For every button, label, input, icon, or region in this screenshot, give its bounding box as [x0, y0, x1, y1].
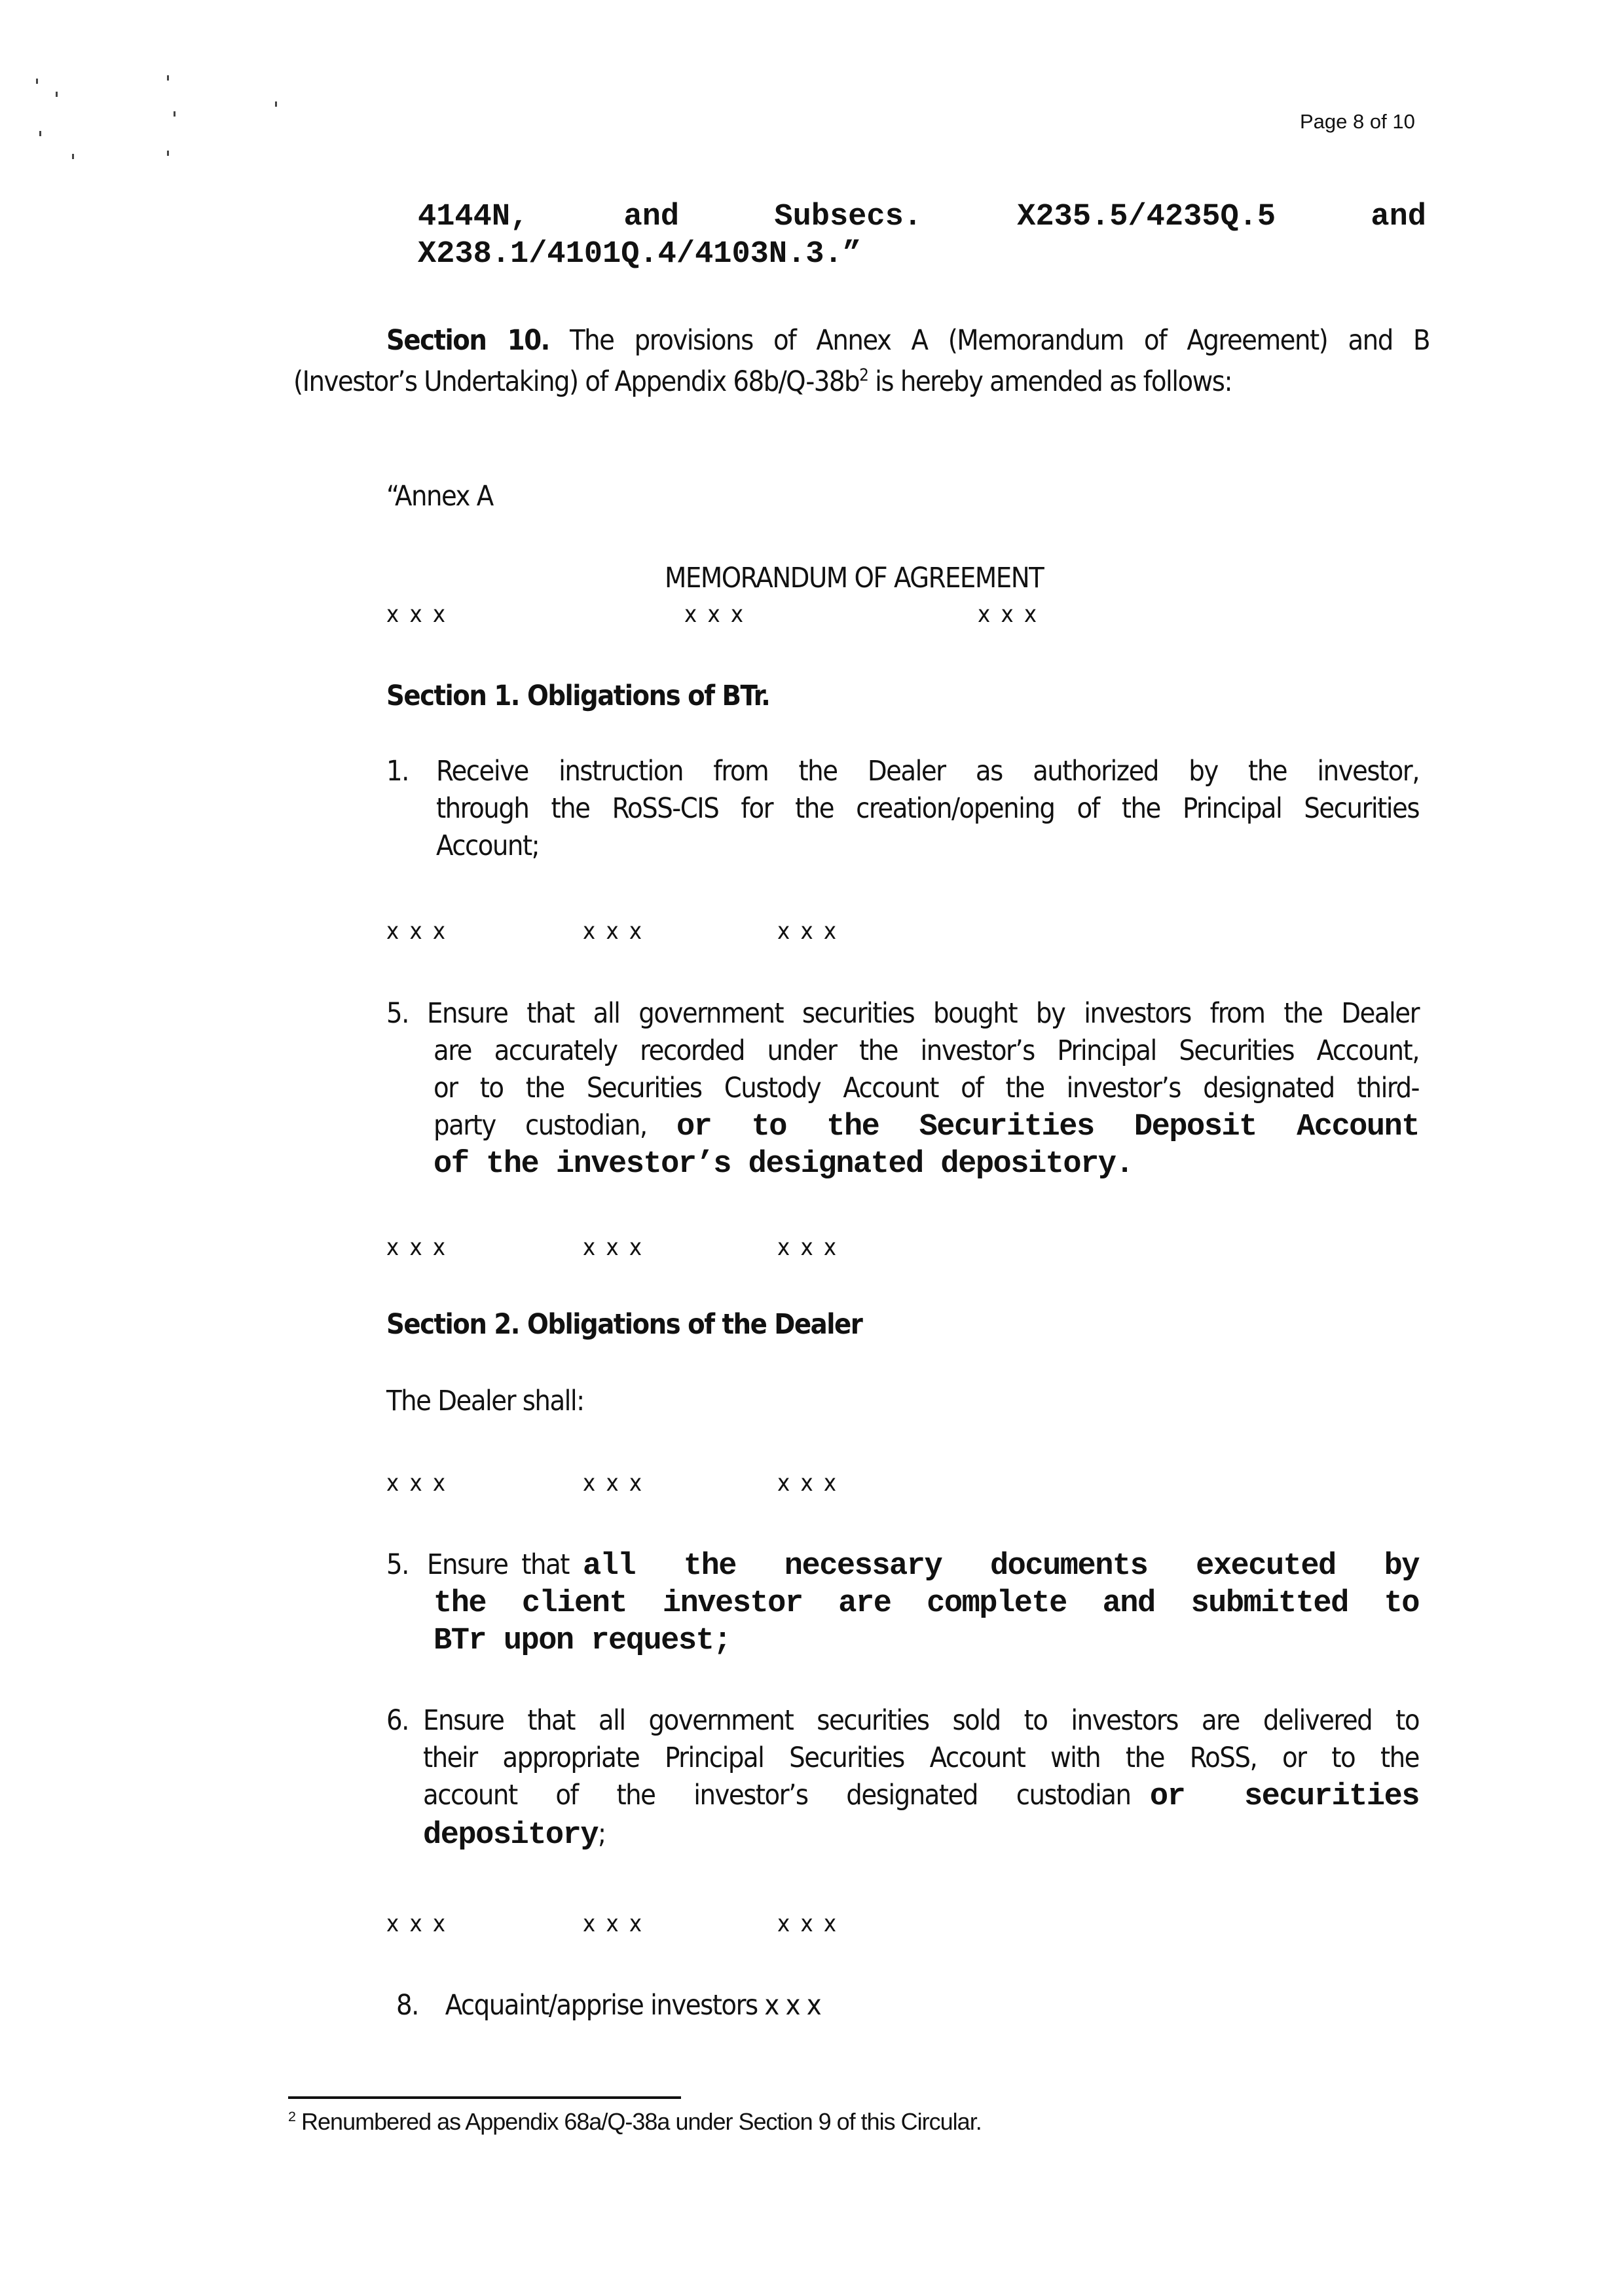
item-number: 8.	[396, 1989, 418, 2022]
continuation-line-1: 4144N, and Subsecs. X235.5/4235Q.5 and	[418, 200, 1426, 234]
continuation-token: and	[1371, 200, 1426, 234]
item-number: 5.	[386, 995, 409, 1032]
continuation-line-2: X238.1/4101Q.4/4103N.3.”	[418, 237, 861, 272]
section-2-item-6: 6. Ensure that all government securities…	[386, 1702, 1419, 1854]
item-number: 6.	[386, 1702, 409, 1740]
continuation-token: 4144N,	[418, 200, 528, 234]
footnote-reference[interactable]: 2	[859, 366, 868, 386]
section-1-item-5: 5. Ensure that all government securities…	[386, 995, 1419, 1183]
section-1-item-1: 1. Receive instruction from the Dealer a…	[386, 753, 1419, 865]
section-10-label: Section 10.	[386, 324, 549, 357]
amended-text: or to the Securities Deposit Account	[676, 1110, 1419, 1144]
amended-text: or securities	[1150, 1779, 1419, 1814]
footnote-marker: 2	[288, 2108, 295, 2124]
amended-text: depository	[423, 1818, 598, 1853]
memorandum-heading: MEMORANDUM OF AGREEMENT	[665, 560, 1043, 597]
footnote-separator	[288, 2096, 681, 2099]
item-number: 5.	[386, 1546, 409, 1584]
footnote-text: Renumbered as Appendix 68a/Q-38a under S…	[301, 2108, 982, 2135]
amended-text: all the necessary documents executed by	[583, 1549, 1419, 1584]
annex-title: “Annex A	[386, 478, 493, 515]
amended-text: BTr upon request;	[434, 1622, 1419, 1660]
section-2-item-5: 5. Ensure that all the necessary documen…	[386, 1546, 1419, 1660]
page-number: Page 8 of 10	[1300, 110, 1415, 134]
footnote: 2 Renumbered as Appendix 68a/Q-38a under…	[288, 2108, 982, 2136]
continuation-token: Subsecs.	[774, 200, 922, 234]
amended-text: of the investor’s designated depository.	[434, 1146, 1419, 1183]
section-10-paragraph: Section 10. The provisions of Annex A (M…	[293, 322, 1430, 401]
section-1-heading: Section 1. Obligations of BTr.	[386, 678, 769, 715]
continuation-token: and	[623, 200, 679, 234]
dealer-intro: The Dealer shall:	[386, 1383, 584, 1420]
section-2-item-8: 8. Acquaint/apprise investors x x x	[396, 1987, 821, 2024]
amended-text: the client investor are complete and sub…	[434, 1585, 1419, 1622]
continuation-token: X235.5/4235Q.5	[1017, 200, 1276, 234]
section-2-heading: Section 2. Obligations of the Dealer	[386, 1306, 862, 1343]
document-page: Page 8 of 10 4144N, and Subsecs. X235.5/…	[0, 0, 1624, 2296]
item-number: 1.	[386, 753, 409, 790]
